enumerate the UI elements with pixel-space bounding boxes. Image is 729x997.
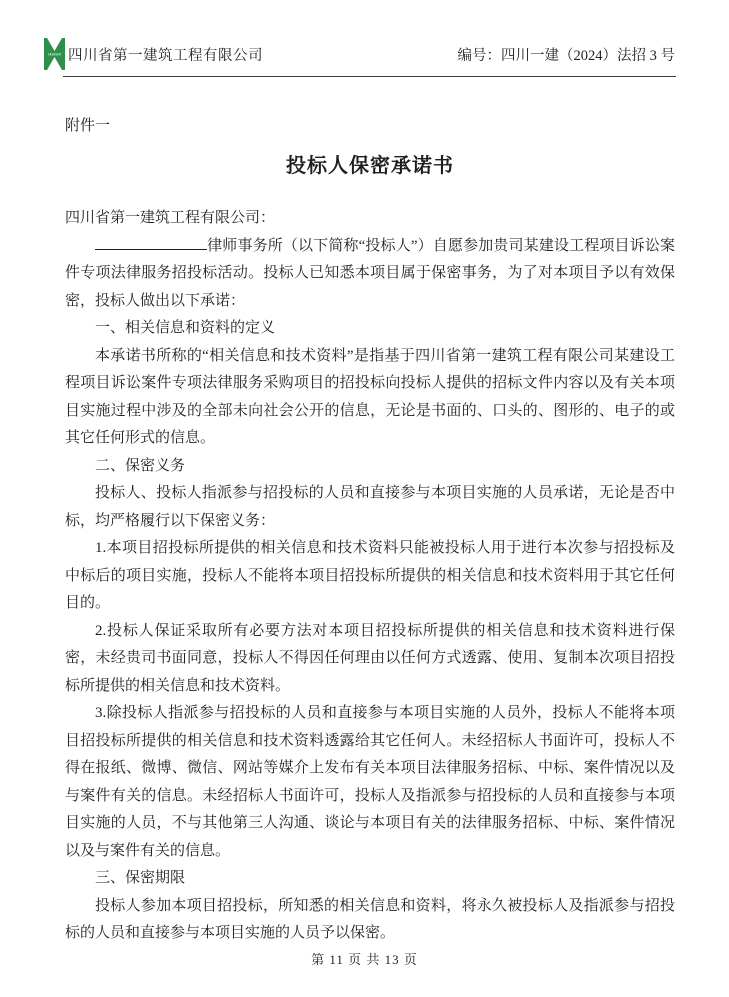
- opening-paragraph: 律师事务所（以下简称“投标人”）自愿参加贵司某建设工程项目诉讼案件专项法律服务招…: [65, 233, 675, 316]
- document-body: 附件一 投标人保密承诺书 四川省第一建筑工程有限公司： 律师事务所（以下简称“投…: [65, 115, 675, 948]
- page-header: HUASHI 四川省第一建筑工程有限公司 编号：四川一建（2024）法招 3 号: [0, 0, 729, 70]
- header-rule: [63, 76, 676, 77]
- page-indicator: 第 11 页 共 13 页: [311, 952, 418, 967]
- attachment-label: 附件一: [65, 115, 675, 137]
- section-heading: 二、保密义务: [65, 453, 675, 481]
- header-doc-number: 编号：四川一建（2024）法招 3 号: [458, 44, 676, 65]
- section-paragraph: 1.本项目招投标所提供的相关信息和技术资料只能被投标人用于进行本次参与招投标及中…: [65, 535, 675, 618]
- document-title: 投标人保密承诺书: [65, 153, 675, 179]
- header-company-name: 四川省第一建筑工程有限公司: [68, 44, 263, 65]
- company-logo-icon: HUASHI: [44, 38, 65, 70]
- section-paragraph: 投标人参加本项目招投标，所知悉的相关信息和资料，将永久被投标人及指派参与招投标的…: [65, 893, 675, 948]
- document-page: HUASHI 四川省第一建筑工程有限公司 编号：四川一建（2024）法招 3 号…: [0, 0, 729, 997]
- fill-in-blank-underline: [95, 235, 207, 250]
- section-paragraph: 2.投标人保证采取所有必要方法对本项目招投标所提供的相关信息和技术资料进行保密，…: [65, 618, 675, 701]
- salutation-line: 四川省第一建筑工程有限公司：: [65, 205, 675, 233]
- section-heading: 一、相关信息和资料的定义: [65, 315, 675, 343]
- section-paragraph: 投标人、投标人指派参与招投标的人员和直接参与本项目实施的人员承诺，无论是否中标，…: [65, 480, 675, 535]
- page-footer: 第 11 页 共 13 页: [0, 950, 729, 970]
- logo-huashi-text: HUASHI: [48, 53, 61, 57]
- section-paragraph: 3.除投标人指派参与招投标的人员和直接参与本项目实施的人员外，投标人不能将本项目…: [65, 700, 675, 865]
- section-paragraph: 本承诺书所称的“相关信息和技术资料”是指基于四川省第一建筑工程有限公司某建设工程…: [65, 343, 675, 453]
- section-heading: 三、保密期限: [65, 865, 675, 893]
